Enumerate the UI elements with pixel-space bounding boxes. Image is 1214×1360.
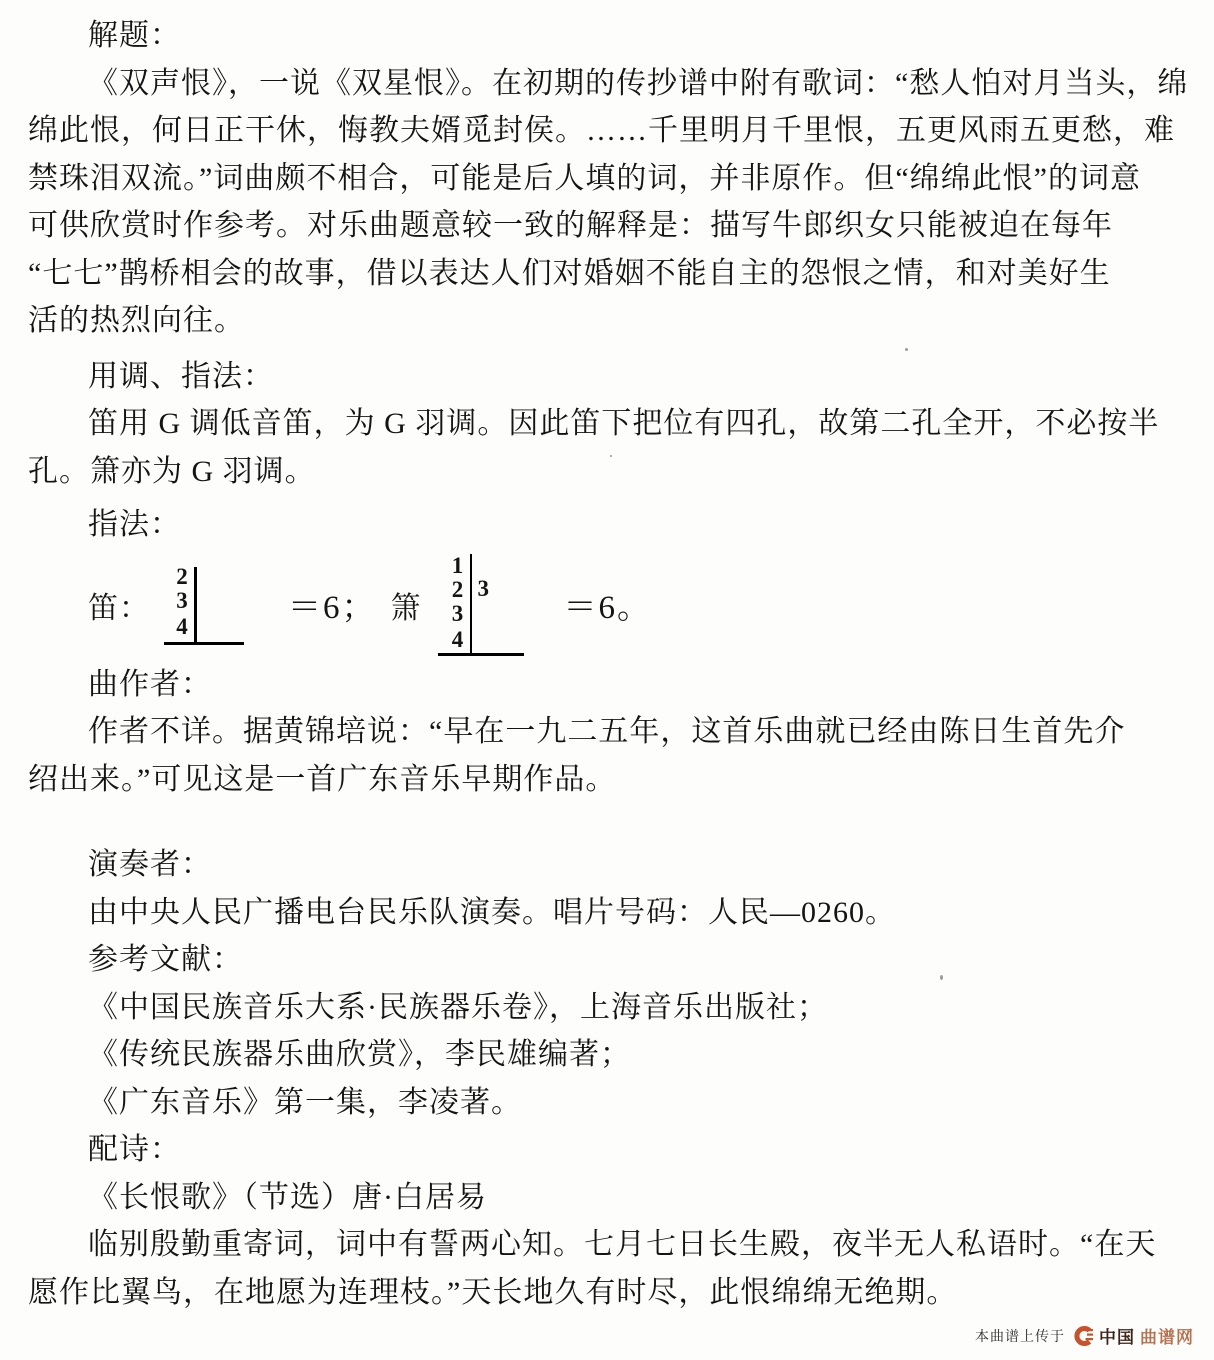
- document-content: 解题： 《双声恨》，一说《双星恨》。在初期的传抄谱中附有歌词：“愁人怕对月当头，…: [28, 12, 1190, 1316]
- di-digit: 4: [174, 615, 190, 639]
- zhongguo-qupu-wang-logo-icon: [1074, 1326, 1094, 1346]
- yongdiao-line: 孔。箫亦为 G 羽调。: [28, 448, 1190, 496]
- xiao-fingering-notation: 1 2 3 4 3: [438, 554, 524, 656]
- notation-baseline: [438, 653, 524, 656]
- di-digit: 3: [174, 589, 190, 613]
- heading-quzuozhe: 曲作者：: [28, 661, 1190, 709]
- quzuozhe-line: 绍出来。”可见这是一首广东音乐早期作品。: [28, 756, 1190, 804]
- jieti-line: 活的热烈向往。: [28, 297, 1190, 345]
- fingering-diagram: 笛： 2 3 4 ＝6； 箫 1 2 3 4 3 ＝6。: [28, 549, 1190, 661]
- watermark-footer: 本曲谱上传于 中国曲谱网: [975, 1323, 1194, 1348]
- document-page: 解题： 《双声恨》，一说《双星恨》。在初期的传抄谱中附有歌词：“愁人怕对月当头，…: [0, 0, 1214, 1360]
- jieti-line: 《双声恨》，一说《双星恨》。在初期的传抄谱中附有歌词：“愁人怕对月当头，绵: [28, 60, 1190, 108]
- notation-vertical-line: [194, 567, 197, 642]
- di-digit: 2: [174, 565, 190, 589]
- jieti-line: 禁珠泪双流。”词曲颇不相合，可能是后人填的词，并非原作。但“绵绵此恨”的词意: [28, 155, 1190, 203]
- heading-zhifa: 指法：: [28, 501, 1190, 549]
- xiao-label: 箫: [391, 583, 422, 627]
- reference-item: 《广东音乐》第一集，李凌著。: [28, 1079, 1190, 1127]
- heading-cankao-wenxian: 参考文献：: [28, 936, 1190, 984]
- quzuozhe-line: 作者不详。据黄锦培说：“早在一九二五年，这首乐曲就已经由陈日生首先介: [28, 708, 1190, 756]
- heading-yongdiao-zhifa: 用调、指法：: [28, 353, 1190, 401]
- notation-vertical-line: [470, 554, 473, 653]
- watermark-prefix-text: 本曲谱上传于: [975, 1326, 1065, 1346]
- di-fingering-notation: 2 3 4: [164, 565, 244, 645]
- scan-speck: [940, 975, 943, 980]
- xiao-digit: 2: [450, 578, 466, 602]
- xiao-equals-value: ＝6。: [564, 581, 653, 628]
- di-label: 笛：: [88, 583, 150, 627]
- watermark-site-name-light: 曲谱网: [1140, 1323, 1194, 1348]
- xiao-digit: 1: [450, 554, 466, 578]
- reference-item: 《中国民族音乐大系·民族器乐卷》，上海音乐出版社；: [28, 984, 1190, 1032]
- yanzouzhe-line: 由中央人民广播电台民乐队演奏。唱片号码：人民—0260。: [28, 889, 1190, 937]
- watermark-site-name-bold: 中国: [1099, 1323, 1135, 1348]
- notation-baseline: [164, 642, 244, 645]
- xiao-side-digit: 3: [478, 576, 490, 602]
- scan-speck: [610, 455, 612, 457]
- jieti-line: 可供欣赏时作参考。对乐曲题意较一致的解释是：描写牛郎织女只能被迫在每年: [28, 202, 1190, 250]
- jieti-line: “七七”鹊桥相会的故事，借以表达人们对婚姻不能自主的怨恨之情，和对美好生: [28, 250, 1190, 298]
- xiao-digit: 3: [450, 602, 466, 626]
- poem-line: 临别殷勤重寄词，词中有誓两心知。七月七日长生殿，夜半无人私语时。“在天: [28, 1221, 1190, 1269]
- yongdiao-line: 笛用 G 调低音笛，为 G 羽调。因此笛下把位有四孔，故第二孔全开，不必按半: [28, 400, 1190, 448]
- xiao-digit: 4: [450, 628, 466, 652]
- poem-line: 愿作比翼鸟，在地愿为连理枝。”天长地久有时尽，此恨绵绵无绝期。: [28, 1269, 1190, 1317]
- di-equals-value: ＝6；: [288, 581, 377, 628]
- heading-yanzouzhe: 演奏者：: [28, 841, 1190, 889]
- poem-source: 《长恨歌》（节选）唐·白居易: [28, 1174, 1190, 1222]
- scan-speck: [905, 348, 908, 351]
- heading-jieti: 解题：: [28, 12, 1190, 60]
- reference-item: 《传统民族器乐曲欣赏》，李民雄编著；: [28, 1031, 1190, 1079]
- heading-peishi: 配诗：: [28, 1126, 1190, 1174]
- jieti-line: 绵此恨，何日正干休，悔教夫婿觅封侯。……千里明月千里恨，五更风雨五更愁，难: [28, 107, 1190, 155]
